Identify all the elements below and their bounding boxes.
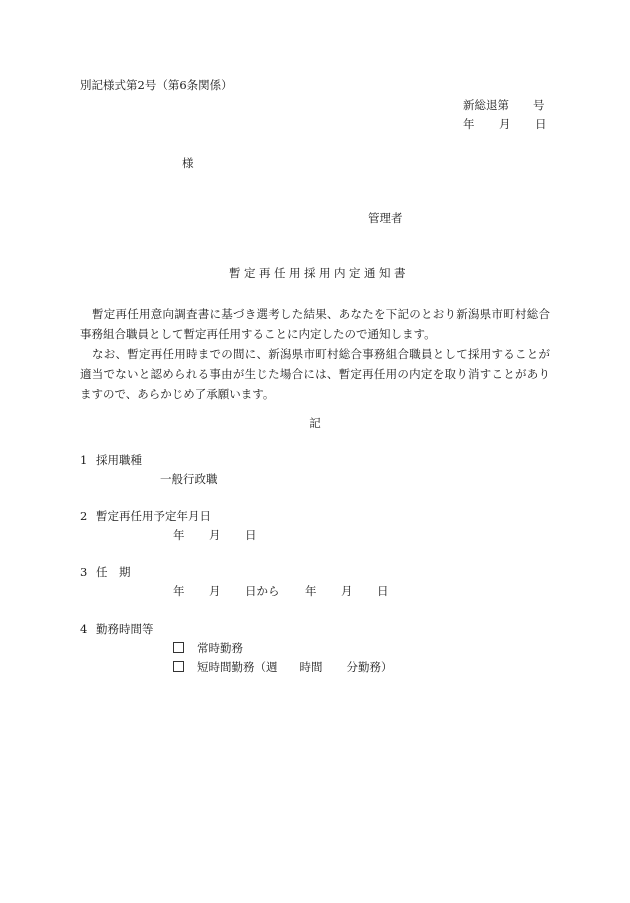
body-text: 暫定再任用意向調査書に基づき選考した結果、あなたを下記のとおり新潟県市町村総合事… xyxy=(80,304,550,404)
term-from-year: 年 xyxy=(173,586,209,598)
addressee-honorific: 様 xyxy=(182,158,194,170)
scheduled-month: 月 xyxy=(209,530,245,542)
option-full-time[interactable]: 常時勤務 xyxy=(173,642,243,655)
item-3-heading: 3任 期 xyxy=(80,567,131,579)
item-label: 任 期 xyxy=(96,565,131,579)
scheduled-year: 年 xyxy=(173,530,209,542)
item-1-value: 一般行政職 xyxy=(160,474,218,486)
item-number: 3 xyxy=(80,567,96,579)
document-number-suffix: 号 xyxy=(533,98,545,112)
term-from-day: 日から xyxy=(245,586,305,598)
option-part-time[interactable]: 短時間勤務（週時間分勤務） xyxy=(173,661,393,674)
document-title: 暫定再任用採用内定通知書 xyxy=(0,268,630,280)
body-paragraph: なお、暫定再任用時までの間に、新潟県市町村総合事務組合職員として採用することが適… xyxy=(80,344,550,404)
document-number-prefix: 新総退第 xyxy=(463,100,533,112)
document-date: 年月日 xyxy=(463,119,547,131)
item-4-heading: 4勤務時間等 xyxy=(80,624,154,636)
issuer: 管理者 xyxy=(368,213,403,225)
ki-heading: 記 xyxy=(0,418,630,430)
option-label-prefix: 短時間勤務（週 xyxy=(197,660,278,674)
item-1-heading: 1採用職種 xyxy=(80,455,142,467)
item-label: 勤務時間等 xyxy=(96,622,154,636)
item-number: 4 xyxy=(80,624,96,636)
date-month: 月 xyxy=(499,119,535,131)
option-label-minutes: 分勤務） xyxy=(347,660,393,674)
body-paragraph: 暫定再任用意向調査書に基づき選考した結果、あなたを下記のとおり新潟県市町村総合事… xyxy=(80,304,550,344)
option-label: 常時勤務 xyxy=(197,641,243,655)
item-2-value: 年月日 xyxy=(173,530,257,542)
date-year: 年 xyxy=(463,119,499,131)
item-label: 採用職種 xyxy=(96,453,142,467)
item-label: 暫定再任用予定年月日 xyxy=(96,509,211,523)
option-label-hours: 時間 xyxy=(300,660,323,674)
checkbox-icon[interactable] xyxy=(173,642,184,653)
term-to-day: 日 xyxy=(377,586,389,598)
term-to-month: 月 xyxy=(341,586,377,598)
item-number: 1 xyxy=(80,455,96,467)
checkbox-icon[interactable] xyxy=(173,661,184,672)
document-number: 新総退第号 xyxy=(463,100,545,112)
term-from-month: 月 xyxy=(209,586,245,598)
term-to-year: 年 xyxy=(305,586,341,598)
form-identifier: 別記様式第2号（第6条関係） xyxy=(80,80,233,92)
item-3-value: 年月日から年月日 xyxy=(173,586,389,598)
item-number: 2 xyxy=(80,511,96,523)
item-2-heading: 2暫定再任用予定年月日 xyxy=(80,511,211,523)
scheduled-day: 日 xyxy=(245,530,257,542)
date-day: 日 xyxy=(535,119,547,131)
